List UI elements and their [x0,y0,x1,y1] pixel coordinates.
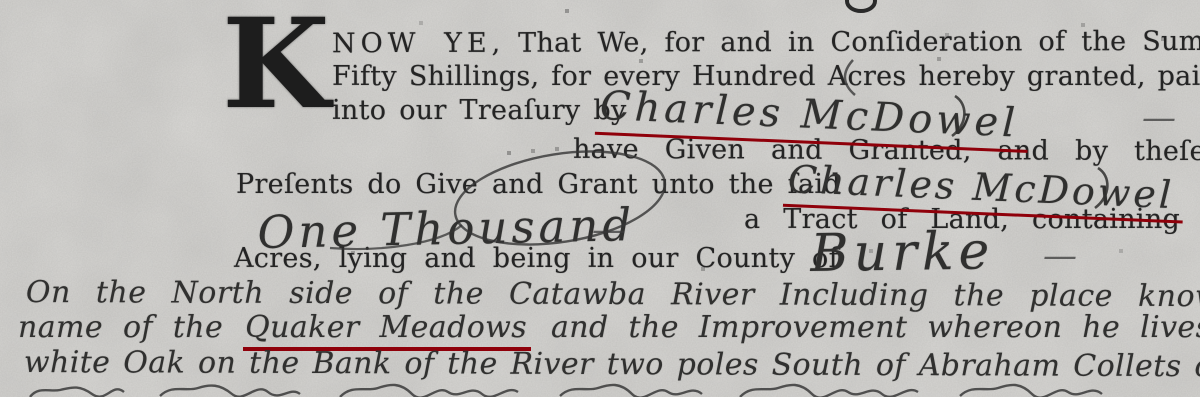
deed-scan-page: K NOW YE, That We, for and in Conſiderat… [0,0,1200,397]
handwritten-description-line-2: name of the Quaker Meadows and the Impro… [18,310,1200,345]
printed-line-2: Fifty Shillings, for every Hundred Acres… [332,61,1200,92]
drop-cap-K: K [222,14,330,116]
handwritten-county: Burke [810,221,995,284]
red-underline-annotation-3: Quaker Meadows [243,310,531,351]
ink-speckles [0,0,2,2]
cutoff-handwritten-line [30,385,1102,397]
printed-line-3: into our Treaſury by [332,95,627,126]
handwritten-grantee-name-1: Charles McDowel [599,83,1020,147]
pen-dash-after-county: — [1043,236,1077,276]
cropped-glyph-top-edge [847,0,875,11]
handwritten-acreage: One Thousand [257,198,636,259]
printed-line-5: Preſents do Give and Grant unto the ſaid [236,169,841,200]
handwritten-description-line-1: On the North side of the Catawba River I… [26,275,1200,315]
pen-dash-after-name: — [1142,98,1176,138]
printed-line-1-rest: That We, for and in Conſideration of the… [518,26,1200,59]
printed-line-1-caps: NOW YE, [332,28,505,59]
desc2-post: and the Improvement whereon he lives Beg… [531,310,1200,345]
pen-dash-after-acreage: — [592,210,626,250]
handwritten-description-line-3: white Oak on the Bank of the River two p… [24,345,1200,385]
printed-line-1: NOW YE, That We, for and in Conſideratio… [332,26,1200,59]
desc2-pre: name of the [18,310,243,345]
